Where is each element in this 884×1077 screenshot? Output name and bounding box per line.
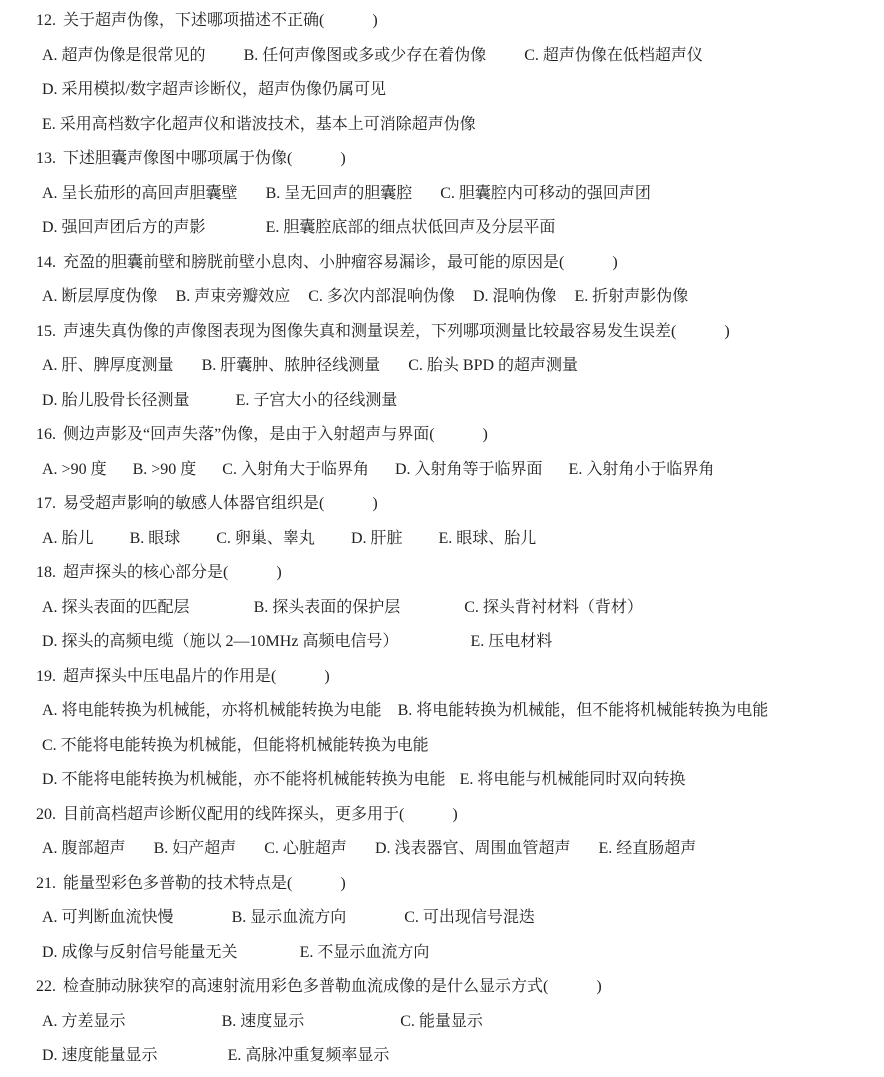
question-stem: 15.声速失真伪像的声像图表现为图像失真和测量误差，下列哪项测量比较最容易发生误… xyxy=(36,315,870,350)
option-e: E. 经直肠超声 xyxy=(599,832,697,867)
question-text: 易受超声影响的敏感人体器官组织是( ) xyxy=(63,495,378,512)
question-block-19: 19.超声探头中压电晶片的作用是( ) A. 将电能转换为机械能，亦将机械能转换… xyxy=(36,660,870,798)
option-c: C. 胎头 BPD 的超声测量 xyxy=(408,349,578,384)
option-line: D. 采用模拟/数字超声诊断仪，超声伪像仍属可见 xyxy=(36,73,870,108)
option-c: C. 不能将电能转换为机械能，但能将机械能转换为电能 xyxy=(42,729,429,764)
option-b: B. 呈无回声的胆囊腔 xyxy=(266,177,413,212)
option-line: D. 强回声团后方的声影 E. 胆囊腔底部的细点状低回声及分层平面 xyxy=(36,211,870,246)
option-e: E. 眼球、胎儿 xyxy=(439,522,537,557)
question-stem: 16.侧边声影及“回声失落”伪像，是由于入射超声与界面( ) xyxy=(36,418,870,453)
option-a: A. 呈长茄形的高回声胆囊壁 xyxy=(42,177,238,212)
option-c: C. 超声伪像在低档超声仪 xyxy=(524,39,703,74)
option-line: A. 呈长茄形的高回声胆囊壁 B. 呈无回声的胆囊腔 C. 胆囊腔内可移动的强回… xyxy=(36,177,870,212)
question-number: 17. xyxy=(36,495,56,512)
option-d: D. 入射角等于临界面 xyxy=(395,453,543,488)
option-line: A. 可判断血流快慢 B. 显示血流方向 C. 可出现信号混迭 xyxy=(36,901,870,936)
option-d: D. 不能将电能转换为机械能，亦不能将机械能转换为电能 xyxy=(42,763,446,798)
question-text: 声速失真伪像的声像图表现为图像失真和测量误差，下列哪项测量比较最容易发生误差( … xyxy=(63,323,730,340)
question-text: 充盈的胆囊前壁和膀胱前壁小息肉、小肿瘤容易漏诊，最可能的原因是( ) xyxy=(63,254,618,271)
question-stem: 19.超声探头中压电晶片的作用是( ) xyxy=(36,660,870,695)
question-text: 超声探头的核心部分是( ) xyxy=(63,564,282,581)
question-stem: 14.充盈的胆囊前壁和膀胱前壁小息肉、小肿瘤容易漏诊，最可能的原因是( ) xyxy=(36,246,870,281)
option-line: C. 不能将电能转换为机械能，但能将机械能转换为电能 xyxy=(36,729,870,764)
option-b: B. 速度显示 xyxy=(222,1005,305,1040)
option-d: D. 速度能量显示 xyxy=(42,1039,158,1074)
option-line: A. 断层厚度伪像 B. 声束旁瓣效应 C. 多次内部混响伪像 D. 混响伪像 … xyxy=(36,280,870,315)
option-b: B. 妇产超声 xyxy=(154,832,237,867)
option-c: C. 能量显示 xyxy=(400,1005,483,1040)
option-a: A. >90 度 xyxy=(42,453,107,488)
option-a: A. 可判断血流快慢 xyxy=(42,901,174,936)
question-block-21: 21.能量型彩色多普勒的技术特点是( ) A. 可判断血流快慢 B. 显示血流方… xyxy=(36,867,870,971)
option-a: A. 断层厚度伪像 xyxy=(42,280,158,315)
question-stem: 17.易受超声影响的敏感人体器官组织是( ) xyxy=(36,487,870,522)
question-text: 能量型彩色多普勒的技术特点是( ) xyxy=(63,875,346,892)
question-number: 21. xyxy=(36,875,56,892)
option-a: A. 肝、脾厚度测量 xyxy=(42,349,174,384)
option-line: D. 速度能量显示 E. 高脉冲重复频率显示 xyxy=(36,1039,870,1074)
option-line: A. 肝、脾厚度测量 B. 肝囊肿、脓肿径线测量 C. 胎头 BPD 的超声测量 xyxy=(36,349,870,384)
option-d: D. 肝脏 xyxy=(351,522,403,557)
question-text: 目前高档超声诊断仪配用的线阵探头，更多用于( ) xyxy=(63,806,458,823)
question-number: 22. xyxy=(36,978,56,995)
option-a: A. 探头表面的匹配层 xyxy=(42,591,190,626)
question-text: 关于超声伪像，下述哪项描述不正确( ) xyxy=(63,12,378,29)
option-c: C. 胆囊腔内可移动的强回声团 xyxy=(440,177,651,212)
question-stem: 22.检查肺动脉狭窄的高速射流用彩色多普勒血流成像的是什么显示方式( ) xyxy=(36,970,870,1005)
option-line: A. 胎儿 B. 眼球 C. 卵巢、睾丸 D. 肝脏 E. 眼球、胎儿 xyxy=(36,522,870,557)
option-e: E. 入射角小于临界角 xyxy=(569,453,715,488)
question-block-16: 16.侧边声影及“回声失落”伪像，是由于入射超声与界面( ) A. >90 度 … xyxy=(36,418,870,487)
question-block-18: 18.超声探头的核心部分是( ) A. 探头表面的匹配层 B. 探头表面的保护层… xyxy=(36,556,870,660)
option-e: E. 压电材料 xyxy=(470,625,552,660)
question-stem: 13.下述胆囊声像图中哪项属于伪像( ) xyxy=(36,142,870,177)
option-line: A. 腹部超声 B. 妇产超声 C. 心脏超声 D. 浅表器官、周围血管超声 E… xyxy=(36,832,870,867)
option-b: B. 将电能转换为机械能，但不能将机械能转换为电能 xyxy=(398,694,769,729)
option-d: D. 强回声团后方的声影 xyxy=(42,211,206,246)
question-stem: 12.关于超声伪像，下述哪项描述不正确( ) xyxy=(36,4,870,39)
option-line: A. 探头表面的匹配层 B. 探头表面的保护层 C. 探头背衬材料（背材） xyxy=(36,591,870,626)
option-line: D. 探头的高频电缆（施以 2—10MHz 高频电信号） E. 压电材料 xyxy=(36,625,870,660)
option-b: B. >90 度 xyxy=(133,453,197,488)
question-text: 超声探头中压电晶片的作用是( ) xyxy=(63,668,330,685)
option-line: A. 超声伪像是很常见的 B. 任何声像图或多或少存在着伪像 C. 超声伪像在低… xyxy=(36,39,870,74)
question-text: 侧边声影及“回声失落”伪像，是由于入射超声与界面( ) xyxy=(63,426,488,443)
question-number: 15. xyxy=(36,323,56,340)
option-d: D. 采用模拟/数字超声诊断仪，超声伪像仍属可见 xyxy=(42,73,386,108)
question-stem: 21.能量型彩色多普勒的技术特点是( ) xyxy=(36,867,870,902)
option-d: D. 胎儿股骨长径测量 xyxy=(42,384,190,419)
option-line: D. 成像与反射信号能量无关 E. 不显示血流方向 xyxy=(36,936,870,971)
option-line: A. >90 度 B. >90 度 C. 入射角大于临界角 D. 入射角等于临界… xyxy=(36,453,870,488)
question-block-17: 17.易受超声影响的敏感人体器官组织是( ) A. 胎儿 B. 眼球 C. 卵巢… xyxy=(36,487,870,556)
option-e: E. 不显示血流方向 xyxy=(300,936,430,971)
option-c: C. 心脏超声 xyxy=(264,832,347,867)
option-c: C. 探头背衬材料（背材） xyxy=(464,591,643,626)
exam-page: 12.关于超声伪像，下述哪项描述不正确( ) A. 超声伪像是很常见的 B. 任… xyxy=(0,0,884,1074)
option-c: C. 可出现信号混迭 xyxy=(404,901,535,936)
question-block-14: 14.充盈的胆囊前壁和膀胱前壁小息肉、小肿瘤容易漏诊，最可能的原因是( ) A.… xyxy=(36,246,870,315)
option-b: B. 肝囊肿、脓肿径线测量 xyxy=(202,349,381,384)
option-line: A. 将电能转换为机械能，亦将机械能转换为电能 B. 将电能转换为机械能，但不能… xyxy=(36,694,870,729)
option-e: E. 将电能与机械能同时双向转换 xyxy=(460,763,686,798)
question-text: 下述胆囊声像图中哪项属于伪像( ) xyxy=(63,150,346,167)
option-line: E. 采用高档数字化超声仪和谐波技术，基本上可消除超声伪像 xyxy=(36,108,870,143)
question-number: 19. xyxy=(36,668,56,685)
question-number: 13. xyxy=(36,150,56,167)
question-block-12: 12.关于超声伪像，下述哪项描述不正确( ) A. 超声伪像是很常见的 B. 任… xyxy=(36,4,870,142)
question-block-22: 22.检查肺动脉狭窄的高速射流用彩色多普勒血流成像的是什么显示方式( ) A. … xyxy=(36,970,870,1074)
option-d: D. 成像与反射信号能量无关 xyxy=(42,936,238,971)
question-number: 12. xyxy=(36,12,56,29)
question-text: 检查肺动脉狭窄的高速射流用彩色多普勒血流成像的是什么显示方式( ) xyxy=(63,978,602,995)
question-block-13: 13.下述胆囊声像图中哪项属于伪像( ) A. 呈长茄形的高回声胆囊壁 B. 呈… xyxy=(36,142,870,246)
option-d: D. 浅表器官、周围血管超声 xyxy=(375,832,571,867)
option-e: E. 子宫大小的径线测量 xyxy=(236,384,398,419)
option-a: A. 超声伪像是很常见的 xyxy=(42,39,206,74)
option-line: A. 方差显示 B. 速度显示 C. 能量显示 xyxy=(36,1005,870,1040)
option-a: A. 胎儿 xyxy=(42,522,94,557)
option-line: D. 胎儿股骨长径测量 E. 子宫大小的径线测量 xyxy=(36,384,870,419)
option-b: B. 显示血流方向 xyxy=(232,901,347,936)
option-c: C. 卵巢、睾丸 xyxy=(216,522,315,557)
option-b: B. 眼球 xyxy=(130,522,181,557)
question-number: 14. xyxy=(36,254,56,271)
option-c: C. 多次内部混响伪像 xyxy=(308,280,455,315)
question-number: 18. xyxy=(36,564,56,581)
question-number: 20. xyxy=(36,806,56,823)
option-line: D. 不能将电能转换为机械能，亦不能将机械能转换为电能 E. 将电能与机械能同时… xyxy=(36,763,870,798)
question-block-20: 20.目前高档超声诊断仪配用的线阵探头，更多用于( ) A. 腹部超声 B. 妇… xyxy=(36,798,870,867)
question-block-15: 15.声速失真伪像的声像图表现为图像失真和测量误差，下列哪项测量比较最容易发生误… xyxy=(36,315,870,419)
option-b: B. 探头表面的保护层 xyxy=(254,591,401,626)
option-a: A. 将电能转换为机械能，亦将机械能转换为电能 xyxy=(42,694,382,729)
option-b: B. 声束旁瓣效应 xyxy=(176,280,291,315)
option-c: C. 入射角大于临界角 xyxy=(222,453,369,488)
option-b: B. 任何声像图或多或少存在着伪像 xyxy=(244,39,487,74)
option-e: E. 采用高档数字化超声仪和谐波技术，基本上可消除超声伪像 xyxy=(42,108,476,143)
question-stem: 18.超声探头的核心部分是( ) xyxy=(36,556,870,591)
option-e: E. 高脉冲重复频率显示 xyxy=(228,1039,390,1074)
question-stem: 20.目前高档超声诊断仪配用的线阵探头，更多用于( ) xyxy=(36,798,870,833)
option-e: E. 折射声影伪像 xyxy=(575,280,689,315)
option-e: E. 胆囊腔底部的细点状低回声及分层平面 xyxy=(266,211,556,246)
option-d: D. 探头的高频电缆（施以 2—10MHz 高频电信号） xyxy=(42,625,398,660)
option-d: D. 混响伪像 xyxy=(473,280,557,315)
question-number: 16. xyxy=(36,426,56,443)
option-a: A. 方差显示 xyxy=(42,1005,126,1040)
option-a: A. 腹部超声 xyxy=(42,832,126,867)
